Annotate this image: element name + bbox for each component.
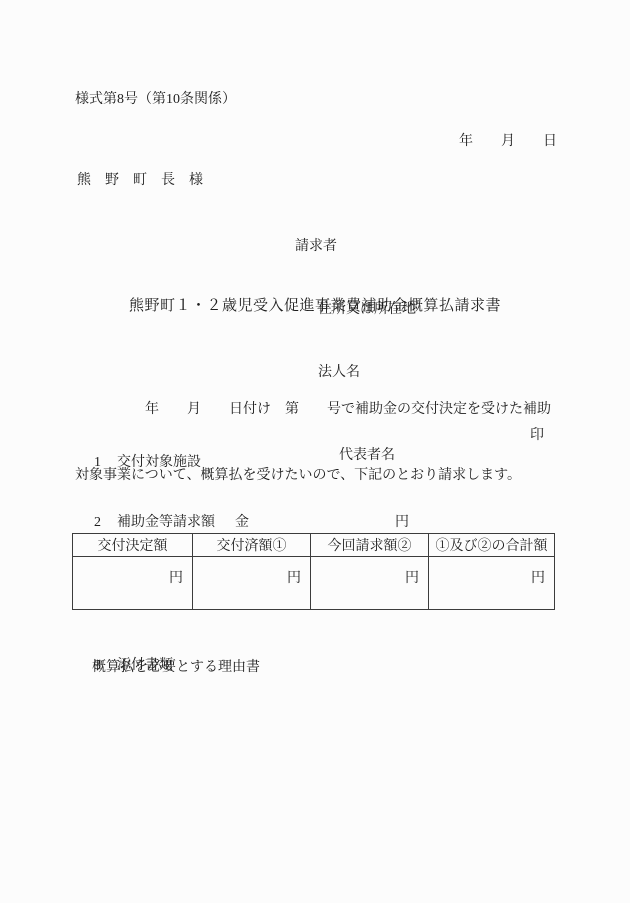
subsidy-amount-table: 交付決定額 交付済額① 今回請求額② ①及び②の合計額 円 円 円 円 (72, 533, 555, 610)
attachment-item: 概算払を必要とする理由書 (92, 658, 260, 678)
table-cell-current-request: 円 (311, 557, 429, 610)
body-text-line-1: 年 月 日付け 第 号で補助金の交付決定を受けた補助 (75, 399, 559, 421)
section-amount-number: 2 (94, 515, 101, 530)
table-cell-total: 円 (429, 557, 555, 610)
section-facility-label: 交付対象施設 (117, 455, 201, 470)
section-facility: 1交付対象施設 (80, 433, 201, 493)
requester-heading: 請求者 (295, 237, 578, 260)
table-header-total: ①及び②の合計額 (429, 534, 555, 557)
addressee: 熊 野 町 長 様 (77, 171, 203, 191)
document-page: 様式第8号（第10条関係） 年 月 日 熊 野 町 長 様 請求者 住所又は所在… (0, 0, 630, 903)
currency-suffix: 円 (395, 515, 409, 530)
section-facility-number: 1 (94, 455, 101, 470)
table-header-already-paid: 交付済額① (193, 534, 311, 557)
table-value-row: 円 円 円 円 (73, 557, 555, 610)
form-number: 様式第8号（第10条関係） (75, 90, 236, 110)
currency-prefix: 金 (235, 515, 249, 530)
section-amount-label: 補助金等請求額 (117, 515, 215, 530)
document-title: 熊野町１・２歳児受入促進事業費補助金概算払請求書 (0, 296, 630, 316)
table-header-row: 交付決定額 交付済額① 今回請求額② ①及び②の合計額 (73, 534, 555, 557)
table-cell-already-paid: 円 (193, 557, 311, 610)
date-line: 年 月 日 (459, 132, 557, 152)
table-cell-grant-decided: 円 (73, 557, 193, 610)
table-header-grant-decided: 交付決定額 (73, 534, 193, 557)
table-header-current-request: 今回請求額② (311, 534, 429, 557)
